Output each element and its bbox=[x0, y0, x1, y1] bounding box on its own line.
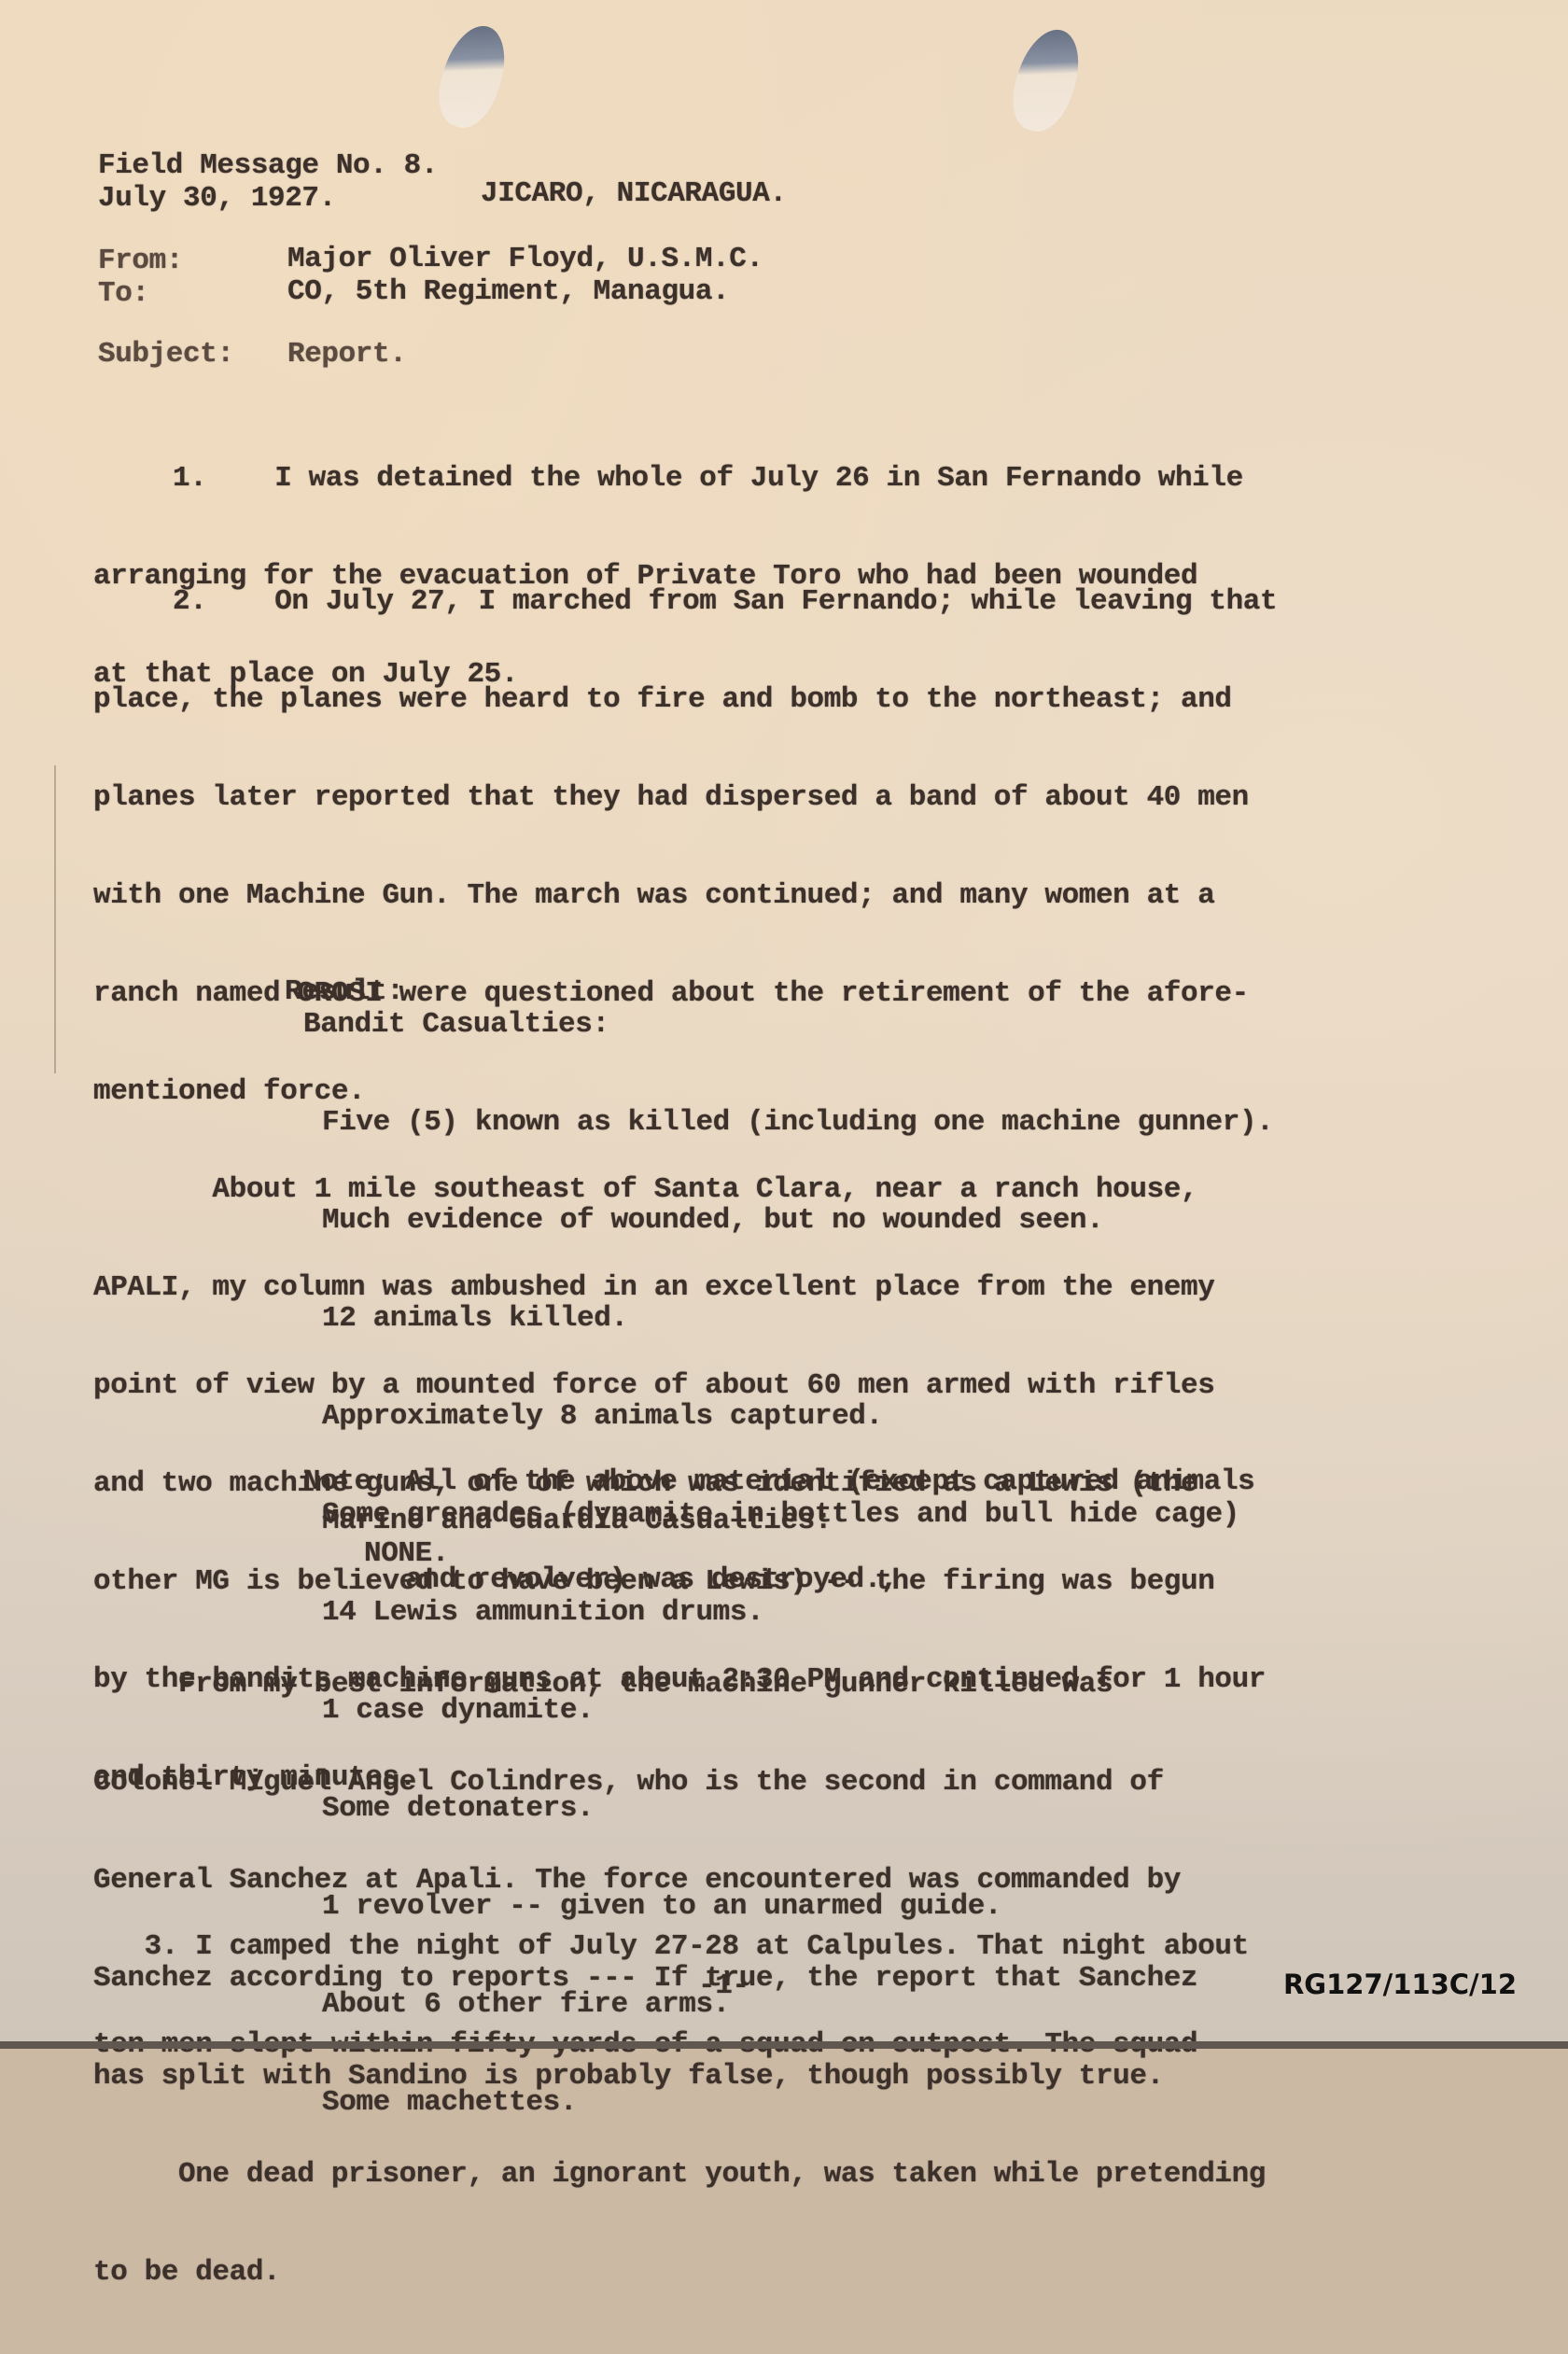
paragraph-3: 3. I camped the night of July 27-28 at C… bbox=[93, 1865, 1249, 2049]
list-item: Five (5) known as killed (including one … bbox=[322, 1106, 1273, 1139]
message-title: Field Message No. 8. bbox=[98, 149, 438, 182]
to-label: To: bbox=[98, 277, 149, 310]
bandit-casualties-label: Bandit Casualties: bbox=[303, 1008, 609, 1041]
text-line: place, the planes were heard to fire and… bbox=[93, 683, 1277, 716]
to-value: CO, 5th Regiment, Managua. bbox=[287, 275, 729, 308]
text-line: Colonel Miguel Angel Colindres, who is t… bbox=[93, 1766, 1266, 1799]
text-line: ranch named OROSI were questioned about … bbox=[93, 977, 1277, 1010]
from-value: Major Oliver Floyd, U.S.M.C. bbox=[287, 243, 763, 275]
message-location: JICARO, NICARAGUA. bbox=[481, 177, 787, 210]
list-item: 12 animals killed. bbox=[322, 1302, 1273, 1335]
subject-label: Subject: bbox=[98, 338, 234, 371]
document-page: Field Message No. 8. July 30, 1927. JICA… bbox=[0, 0, 1568, 2049]
punch-hole bbox=[1002, 21, 1090, 139]
note-line: Note: All of the above material (except … bbox=[303, 1465, 1254, 1498]
text-line: 3. I camped the night of July 27-28 at C… bbox=[93, 1930, 1249, 1963]
list-item: Much evidence of wounded, but no wounded… bbox=[322, 1204, 1273, 1237]
marine-casualties-label: Marine and Guardia Casualties: bbox=[322, 1505, 832, 1537]
text-line: 1. I was detained the whole of July 26 i… bbox=[93, 462, 1243, 495]
message-date: July 30, 1927. bbox=[98, 182, 336, 215]
page-edge bbox=[0, 2041, 1568, 2049]
text-line: From my best information, the machine gu… bbox=[93, 1668, 1266, 1701]
subject-value: Report. bbox=[287, 338, 406, 371]
punch-hole bbox=[428, 18, 516, 135]
page-number: -1- bbox=[698, 1969, 749, 2002]
text-line: 2. On July 27, I marched from San Fernan… bbox=[93, 585, 1277, 618]
text-line: with one Machine Gun. The march was cont… bbox=[93, 879, 1277, 912]
marine-casualties-value: NONE. bbox=[364, 1537, 449, 1570]
margin-mark bbox=[54, 765, 56, 1073]
result-label: Result: bbox=[285, 975, 403, 1008]
archive-reference: RG127/113C/12 bbox=[1283, 1969, 1517, 2000]
text-line: planes later reported that they had disp… bbox=[93, 781, 1277, 814]
from-label: From: bbox=[98, 245, 183, 277]
